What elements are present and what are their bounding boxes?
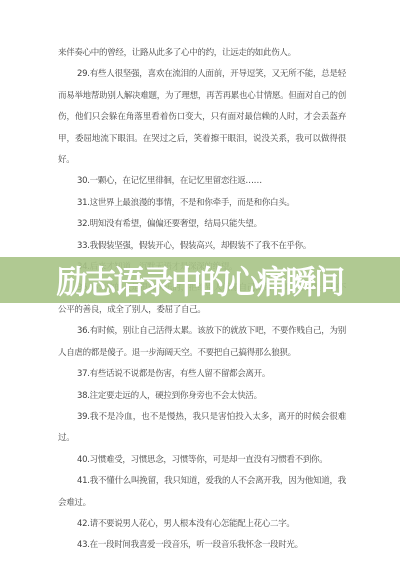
quote-paragraph: 38.注定要走远的人，硬拉到你身旁也不会太快活。 <box>58 386 346 407</box>
quote-paragraph: 来伴奏心中的曾经，让路从此多了心中的约，让远走的如此伤人。 <box>58 43 346 64</box>
banner-title: 励志语录中的心痛瞬间 <box>57 257 343 303</box>
quote-paragraph: 40.习惯难受，习惯思念，习惯等你，可是却一直没有习惯看不到你。 <box>58 450 346 471</box>
quote-paragraph: 30.一颗心，在记忆里徘徊，在记忆里留恋往返…… <box>58 171 346 192</box>
document-page: 来伴奏心中的曾经，让路从此多了心中的约，让远走的如此伤人。29.有些人很坚强，喜… <box>0 0 400 566</box>
quote-paragraph: 36.有时候，别让自己活得太累。该放下的就放下吧，不要作贱自己，为别人自虐的都是… <box>58 321 346 364</box>
quote-paragraph: 37.有些话说不说都是伤害，有些人留不留都会离开。 <box>58 364 346 385</box>
quote-paragraph: 32.明知没有希望，偏偏还要奢望，结局只能失望。 <box>58 214 346 235</box>
quote-paragraph: 41.我不懂什么叫挽留，我只知道，爱我的人不会离开我，因为他知道，我会难过。 <box>58 471 346 514</box>
quote-paragraph: 43.在一段时间我喜爱一段音乐，听一段音乐我怀念一段时光。 <box>58 535 346 556</box>
quote-paragraph: 29.有些人很坚强，喜欢在流泪的人面前，开导逗笑，又无所不能，总是轻而易举地帮助… <box>58 64 346 171</box>
quote-paragraph: 31.这世界上最浪漫的事情，不是和你牵手，而是和你白头。 <box>58 193 346 214</box>
quote-paragraph: 42.请不要说男人花心，男人根本没有心怎能配上花心二字。 <box>58 514 346 535</box>
title-banner: 励志语录中的心痛瞬间 <box>0 257 400 303</box>
quote-paragraph: 33.我假装坚强，假装开心，假装高兴，却假装不了我不在乎你。 <box>58 236 346 257</box>
quote-paragraph: 39.我不是冷血，也不是慢热，我只是害怕投入太多，离开的时候会很难过。 <box>58 407 346 450</box>
